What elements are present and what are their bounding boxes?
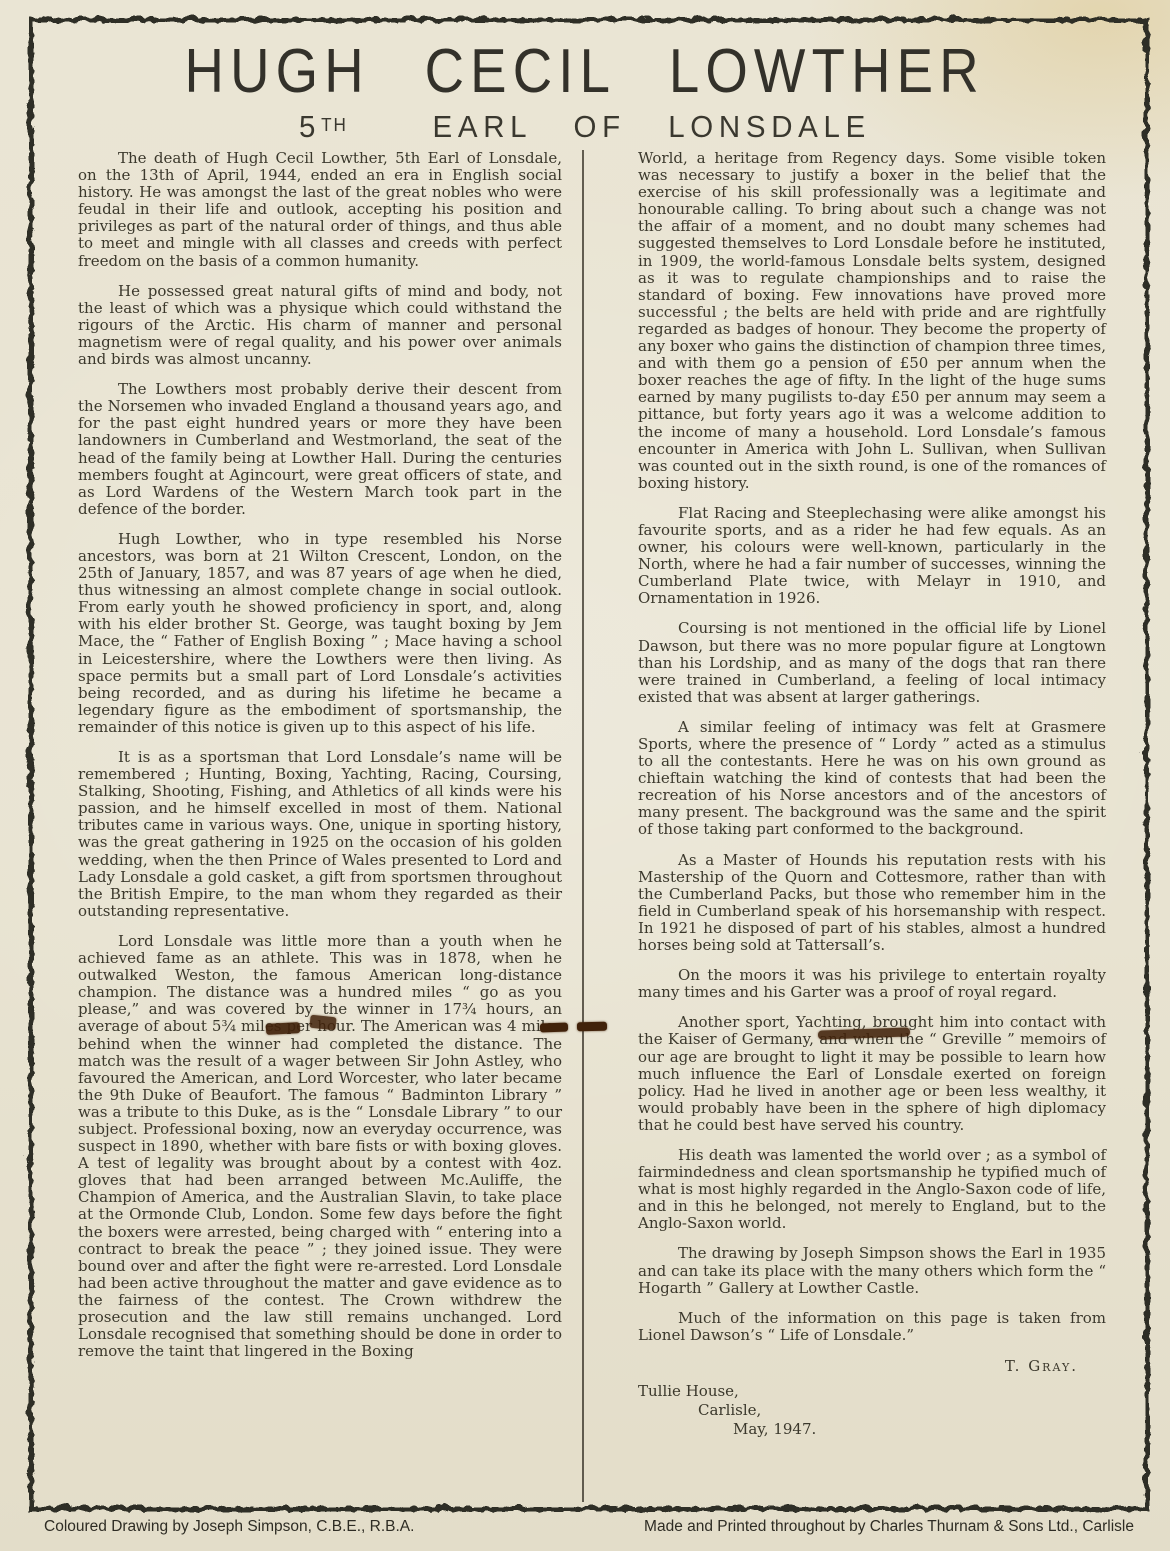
subtitle-ordinal: TH bbox=[321, 115, 348, 135]
page-footer: Coloured Drawing by Joseph Simpson, C.B.… bbox=[0, 1518, 1170, 1536]
right-column-paragraphs: World, a heritage from Regency days. Som… bbox=[638, 150, 1106, 1344]
paragraph: Coursing is not mentioned in the officia… bbox=[638, 620, 1106, 705]
paragraph: Flat Racing and Steeplechasing were alik… bbox=[638, 505, 1106, 608]
footer-credit-right: Made and Printed throughout by Charles T… bbox=[644, 1518, 1134, 1536]
paragraph: He possessed great natural gifts of mind… bbox=[78, 283, 562, 368]
closing-block: T. Gray. Tullie House, Carlisle, May, 19… bbox=[638, 1357, 1106, 1439]
page-header: HUGH CECIL LOWTHER 5TH EARL OF LONSDALE bbox=[0, 36, 1170, 145]
paragraph: Lord Lonsdale was little more than a you… bbox=[78, 933, 562, 1360]
left-column: The death of Hugh Cecil Lowther, 5th Ear… bbox=[78, 150, 562, 1502]
address-line: Carlisle, bbox=[638, 1401, 1106, 1420]
subtitle-rest: EARL OF LONSDALE bbox=[433, 109, 871, 144]
subtitle-number: 5 bbox=[299, 109, 321, 144]
column-divider bbox=[582, 150, 584, 1502]
paragraph: Much of the information on this page is … bbox=[638, 1310, 1106, 1344]
right-column: World, a heritage from Regency days. Som… bbox=[638, 150, 1106, 1502]
ink-smudge bbox=[266, 1022, 301, 1035]
ink-smudge bbox=[309, 1015, 336, 1031]
ink-smudge bbox=[540, 1023, 568, 1033]
paragraph: As a Master of Hounds his reputation res… bbox=[638, 852, 1106, 955]
paragraph: Hugh Lowther, who in type resembled his … bbox=[78, 531, 562, 736]
footer-credit-left: Coloured Drawing by Joseph Simpson, C.B.… bbox=[44, 1518, 414, 1536]
page-subtitle: 5TH EARL OF LONSDALE bbox=[299, 109, 871, 145]
paragraph: The Lowthers most probably derive their … bbox=[78, 381, 562, 518]
author-signature: T. Gray. bbox=[638, 1357, 1106, 1376]
paragraph: His death was lamented the world over ; … bbox=[638, 1147, 1106, 1232]
article-body: The death of Hugh Cecil Lowther, 5th Ear… bbox=[0, 150, 1170, 1502]
page-title: HUGH CECIL LOWTHER bbox=[185, 36, 985, 107]
address-line: May, 1947. bbox=[638, 1420, 1106, 1439]
paragraph: It is as a sportsman that Lord Lonsdale’… bbox=[78, 749, 562, 920]
paragraph: The death of Hugh Cecil Lowther, 5th Ear… bbox=[78, 150, 562, 270]
paragraph: A similar feeling of intimacy was felt a… bbox=[638, 719, 1106, 839]
address-line: Tullie House, bbox=[638, 1382, 1106, 1401]
ink-smudge bbox=[577, 1022, 607, 1032]
paragraph: The drawing by Joseph Simpson shows the … bbox=[638, 1245, 1106, 1296]
paragraph: World, a heritage from Regency days. Som… bbox=[638, 150, 1106, 492]
paragraph: On the moors it was his privilege to ent… bbox=[638, 967, 1106, 1001]
